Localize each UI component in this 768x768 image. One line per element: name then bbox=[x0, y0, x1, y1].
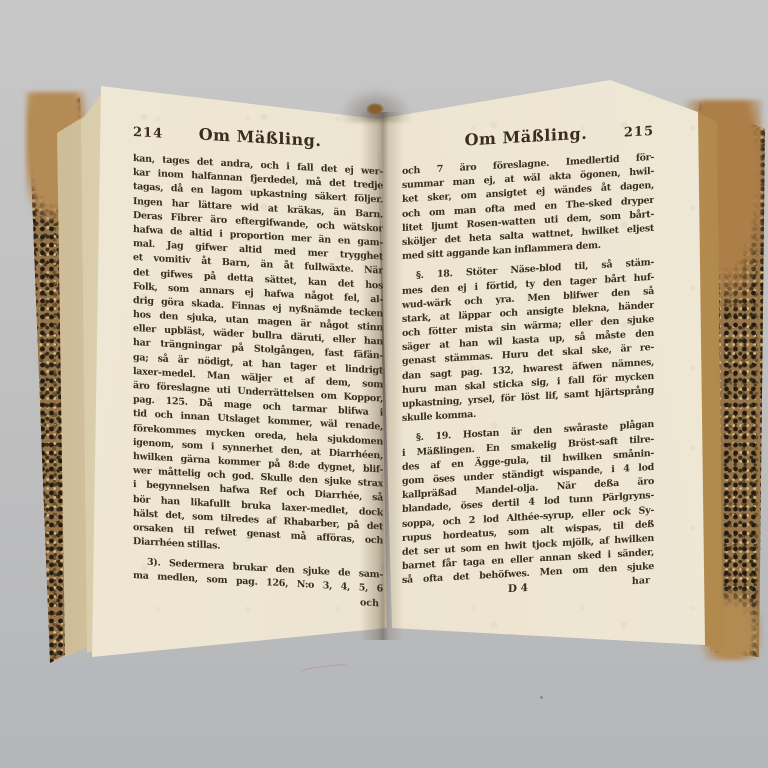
signature-mark: D 4 bbox=[508, 581, 528, 596]
right-page-text-column: Om Mäßling. 215 och 7 äro föreslagne. Im… bbox=[402, 120, 654, 603]
headband-spine-tip bbox=[366, 103, 384, 115]
left-page-text-column: 214 Om Mäßling. kan, tages det andra, oc… bbox=[133, 121, 383, 611]
left-page-number: 214 bbox=[133, 125, 163, 142]
header-spacer bbox=[402, 148, 428, 149]
paragraph: §. 18. Stöter Näse-blod til, så stäm-mes… bbox=[402, 256, 654, 426]
background-speck bbox=[540, 696, 543, 699]
left-body-text: kan, tages det andra, och i fall det ej … bbox=[133, 152, 383, 597]
paragraph: och 7 äro föreslagne. Imedlertid för-sum… bbox=[402, 151, 654, 264]
paragraph: §. 19. Hostan är den swåraste plågani Mä… bbox=[402, 418, 654, 588]
right-body-text: och 7 äro föreslagne. Imedlertid för-sum… bbox=[402, 151, 654, 589]
header-spacer bbox=[357, 148, 383, 149]
photo-background: 214 Om Mäßling. kan, tages det andra, oc… bbox=[0, 0, 768, 768]
right-page-number: 215 bbox=[624, 124, 654, 141]
paragraph: kan, tages det andra, och i fall det ej … bbox=[133, 152, 383, 563]
right-catchword: har bbox=[632, 575, 650, 590]
